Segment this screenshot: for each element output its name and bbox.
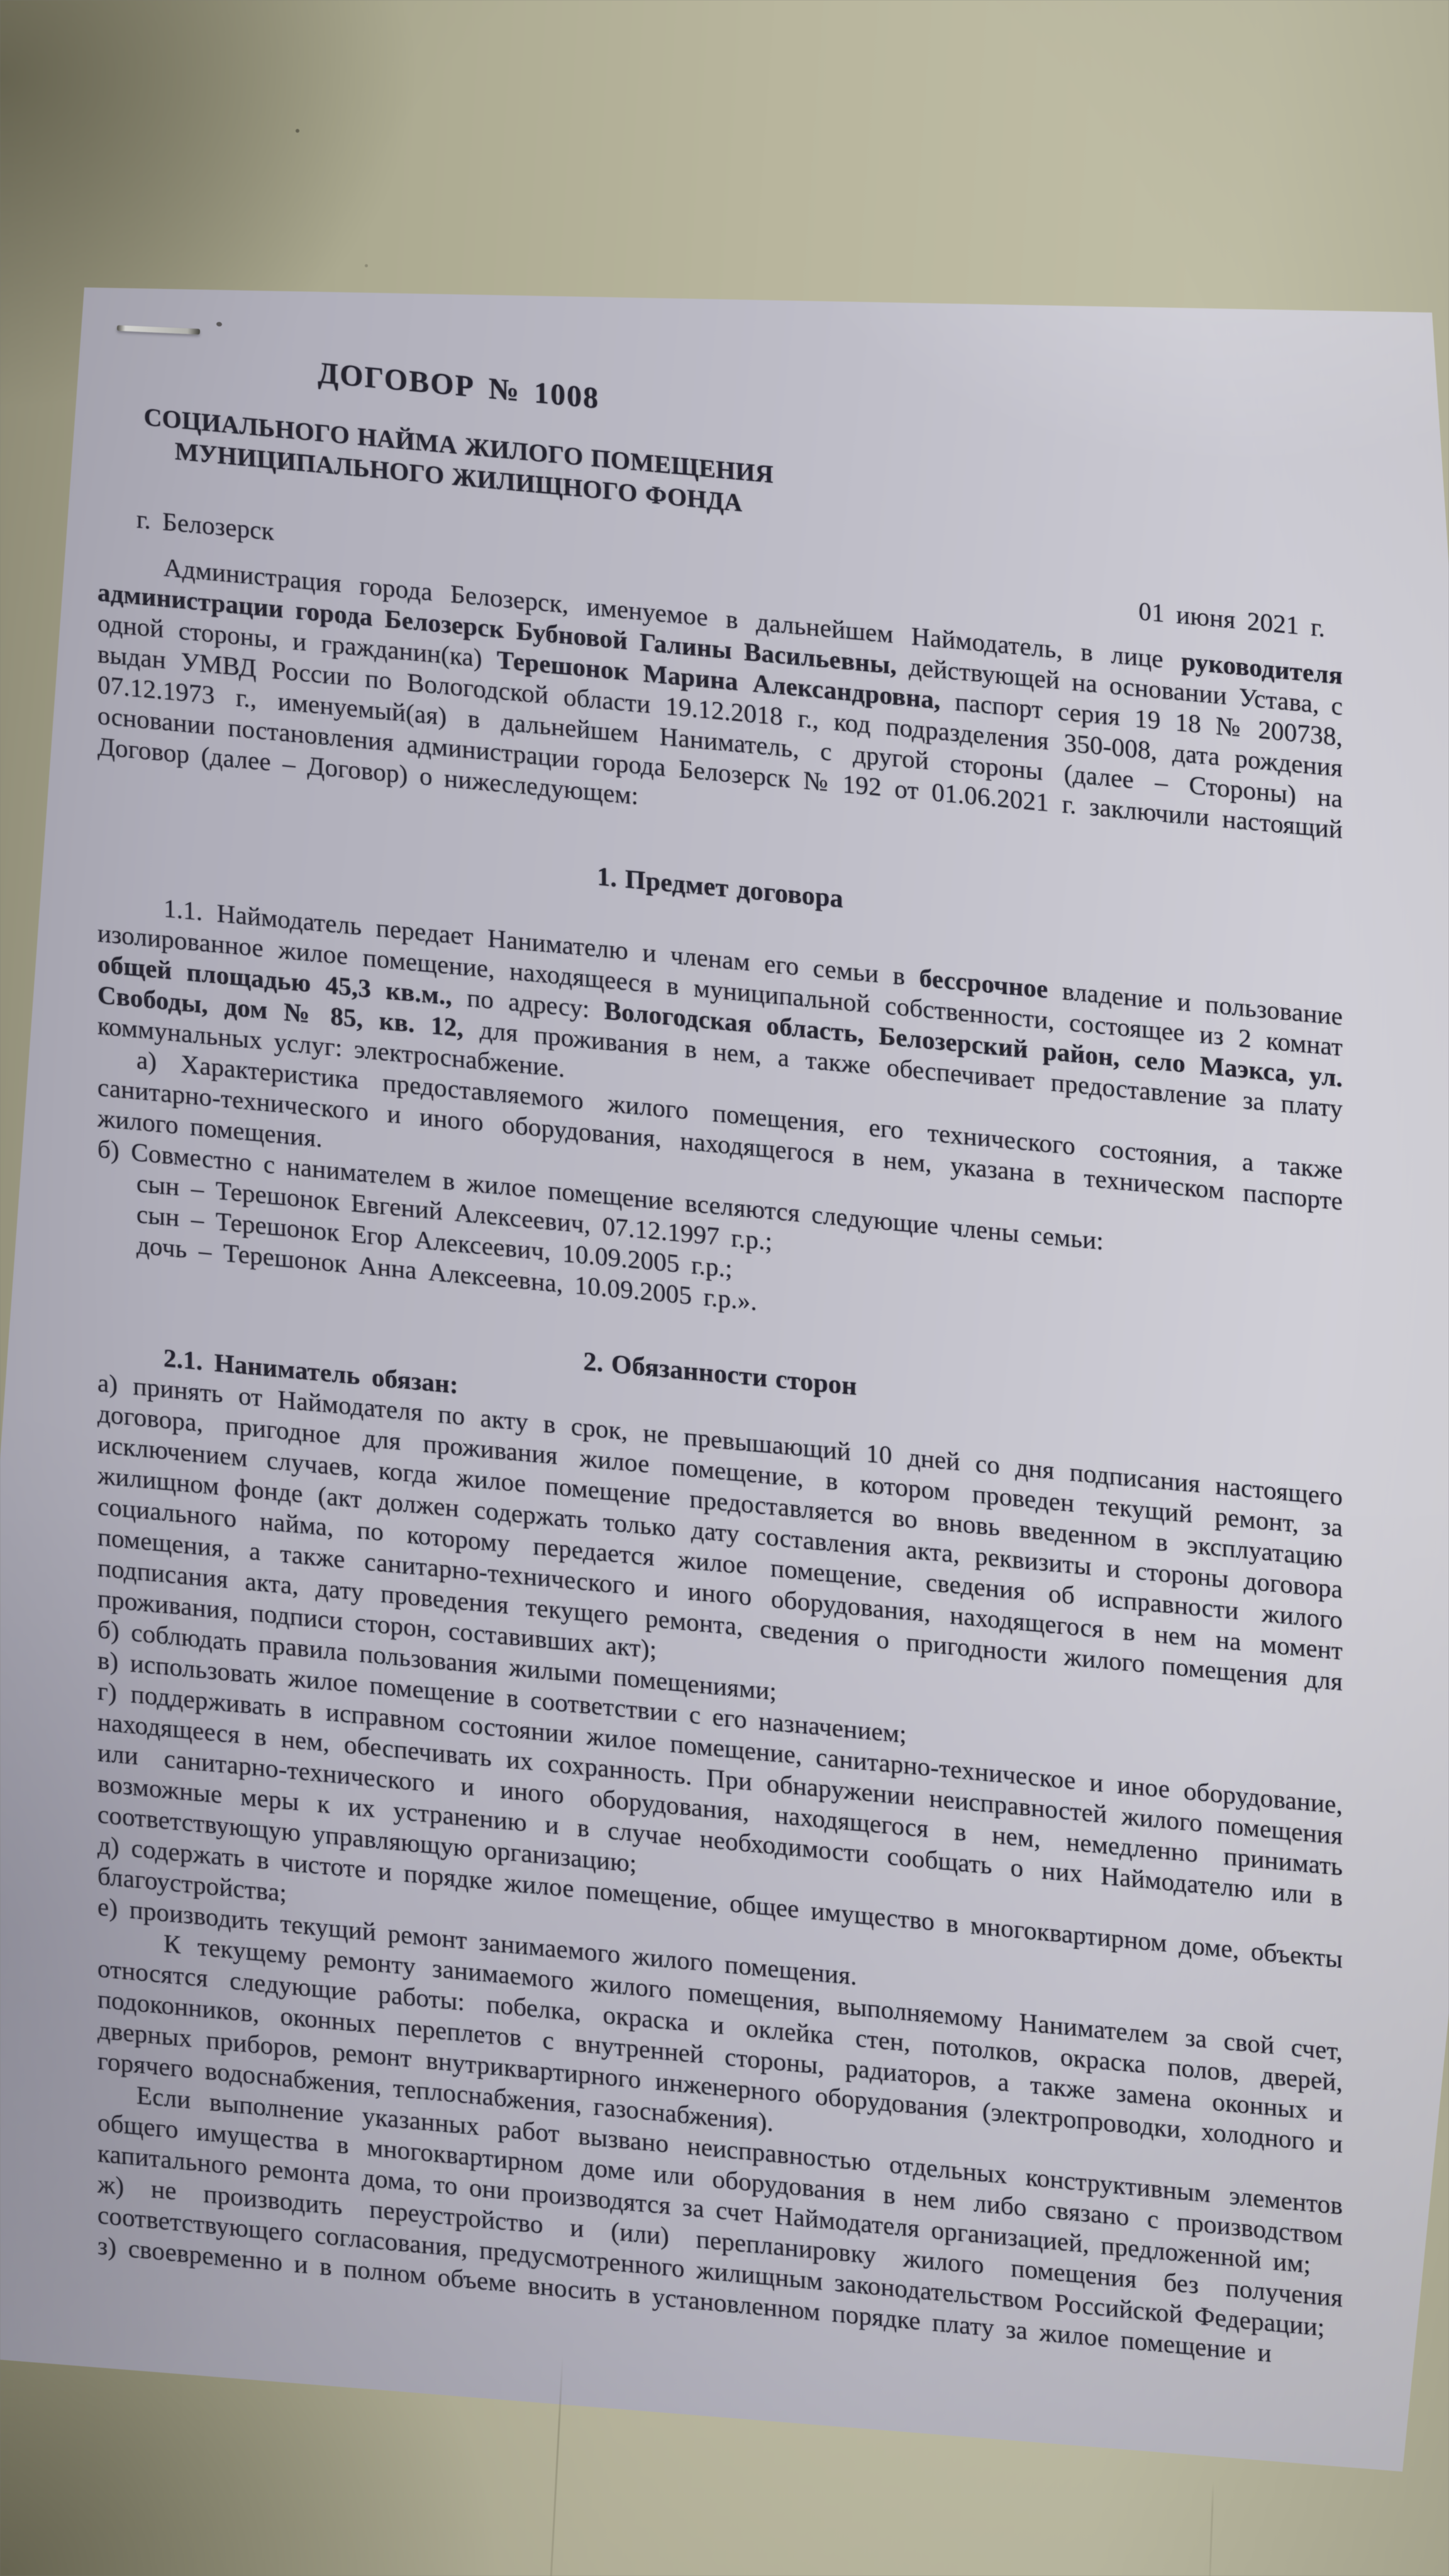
document-content: ДОГОВОР № 1008СОЦИАЛЬНОГО НАЙМА ЖИЛОГО П… — [97, 327, 1343, 2375]
date-label: 01 июня 2021 г. — [1138, 596, 1325, 643]
wall-speck — [296, 129, 299, 133]
paper-speck — [284, 464, 288, 467]
preamble: Администрация города Белозерск, именуемо… — [97, 546, 1343, 876]
wall-crease — [1209, 2481, 1214, 2576]
wall-speck — [365, 264, 368, 267]
bold-run: : — [450, 1369, 458, 1399]
contract-page: ДОГОВОР № 1008СОЦИАЛЬНОГО НАЙМА ЖИЛОГО П… — [0, 0, 1449, 2576]
photo-scene: ДОГОВОР № 1008СОЦИАЛЬНОГО НАЙМА ЖИЛОГО П… — [0, 0, 1449, 2576]
place-label: г. Белозерск — [136, 504, 274, 547]
